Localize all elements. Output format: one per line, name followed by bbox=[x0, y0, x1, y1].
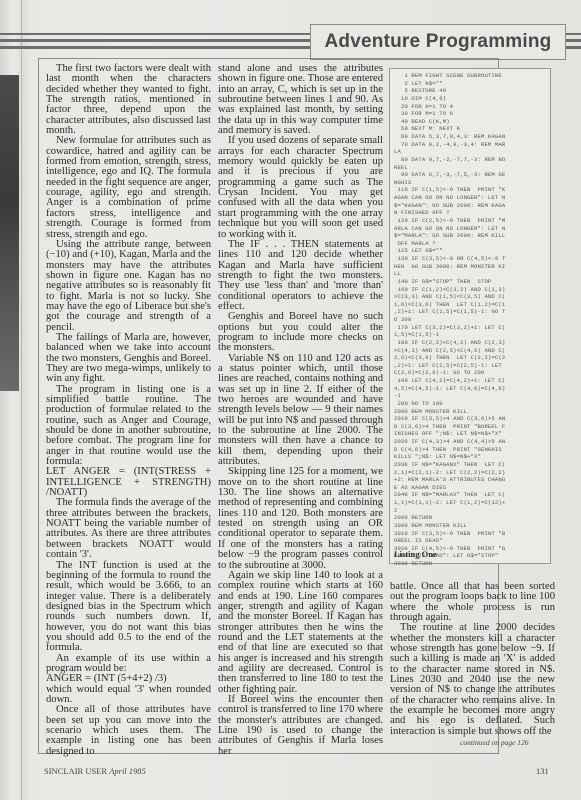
footer-publication: SINCLAIR USER April 1985 bbox=[44, 766, 146, 776]
article-column-1: The first two factors were dealt with la… bbox=[46, 64, 211, 757]
publication-name: SINCLAIR USER bbox=[44, 766, 107, 776]
paragraph: stand alone and uses the attributes show… bbox=[218, 64, 383, 136]
listing-caption: Listing One bbox=[394, 549, 437, 559]
paragraph: Genghis and Boreel have no such options … bbox=[218, 312, 383, 353]
paragraph: An example of its use within a program w… bbox=[46, 654, 211, 675]
paragraph: The IF . . . THEN statements at lines 11… bbox=[218, 240, 383, 312]
paragraph: The formula finds the average of the thr… bbox=[46, 498, 211, 560]
spine-fold bbox=[21, 0, 22, 800]
paragraph: battle. Once all that has been sorted ou… bbox=[390, 582, 555, 623]
issue-date: April 1985 bbox=[109, 766, 146, 776]
basic-program-listing: 1 REM FIGHT SCENE SUBROUTINE 2 LET N$=""… bbox=[394, 72, 546, 568]
article-column-3: battle. Once all that has been sorted ou… bbox=[390, 582, 555, 737]
paragraph: Once all of those attributes have been s… bbox=[46, 705, 211, 757]
page-number: 131 bbox=[536, 766, 549, 776]
paragraph: If you used dozens of separate small arr… bbox=[218, 136, 383, 239]
code-listing-box: 1 REM FIGHT SCENE SUBROUTINE 2 LET N$=""… bbox=[389, 68, 551, 564]
paragraph: If Boreel wins the encounter then contro… bbox=[218, 695, 383, 757]
paragraph: The INT function is used at the beginnin… bbox=[46, 561, 211, 654]
paragraph: The program in listing one is a simplifi… bbox=[46, 385, 211, 468]
section-title: Adventure Programming bbox=[325, 31, 552, 53]
paragraph: Using the attribute range, between (−10)… bbox=[46, 240, 211, 333]
paragraph: New formulae for attributes such as cowa… bbox=[46, 136, 211, 239]
continued-note: continued on page 126 bbox=[460, 738, 529, 747]
article-column-2: stand alone and uses the attributes show… bbox=[218, 64, 383, 757]
paragraph: Skipping line 125 for a moment, we move … bbox=[218, 467, 383, 570]
paragraph: Variable N$ on 110 and 120 acts as a sta… bbox=[218, 354, 383, 468]
header-rule-bars-right bbox=[564, 33, 581, 51]
paragraph: which would equal '3' when rounded down. bbox=[46, 685, 211, 706]
paragraph: The failings of Marla are, however, bala… bbox=[46, 333, 211, 385]
facing-page-photo-edge bbox=[0, 75, 19, 391]
paragraph: The first two factors were dealt with la… bbox=[46, 64, 211, 136]
anger-formula: LET ANGER = (INT(STRESS + INTELLIGENCE +… bbox=[46, 467, 211, 498]
section-title-box: Adventure Programming bbox=[310, 24, 566, 60]
header-rule-bars-left bbox=[0, 33, 310, 51]
paragraph: Again we skip line 140 to look at a comp… bbox=[218, 571, 383, 695]
paragraph: The routine at line 2000 decides whether… bbox=[390, 623, 555, 737]
